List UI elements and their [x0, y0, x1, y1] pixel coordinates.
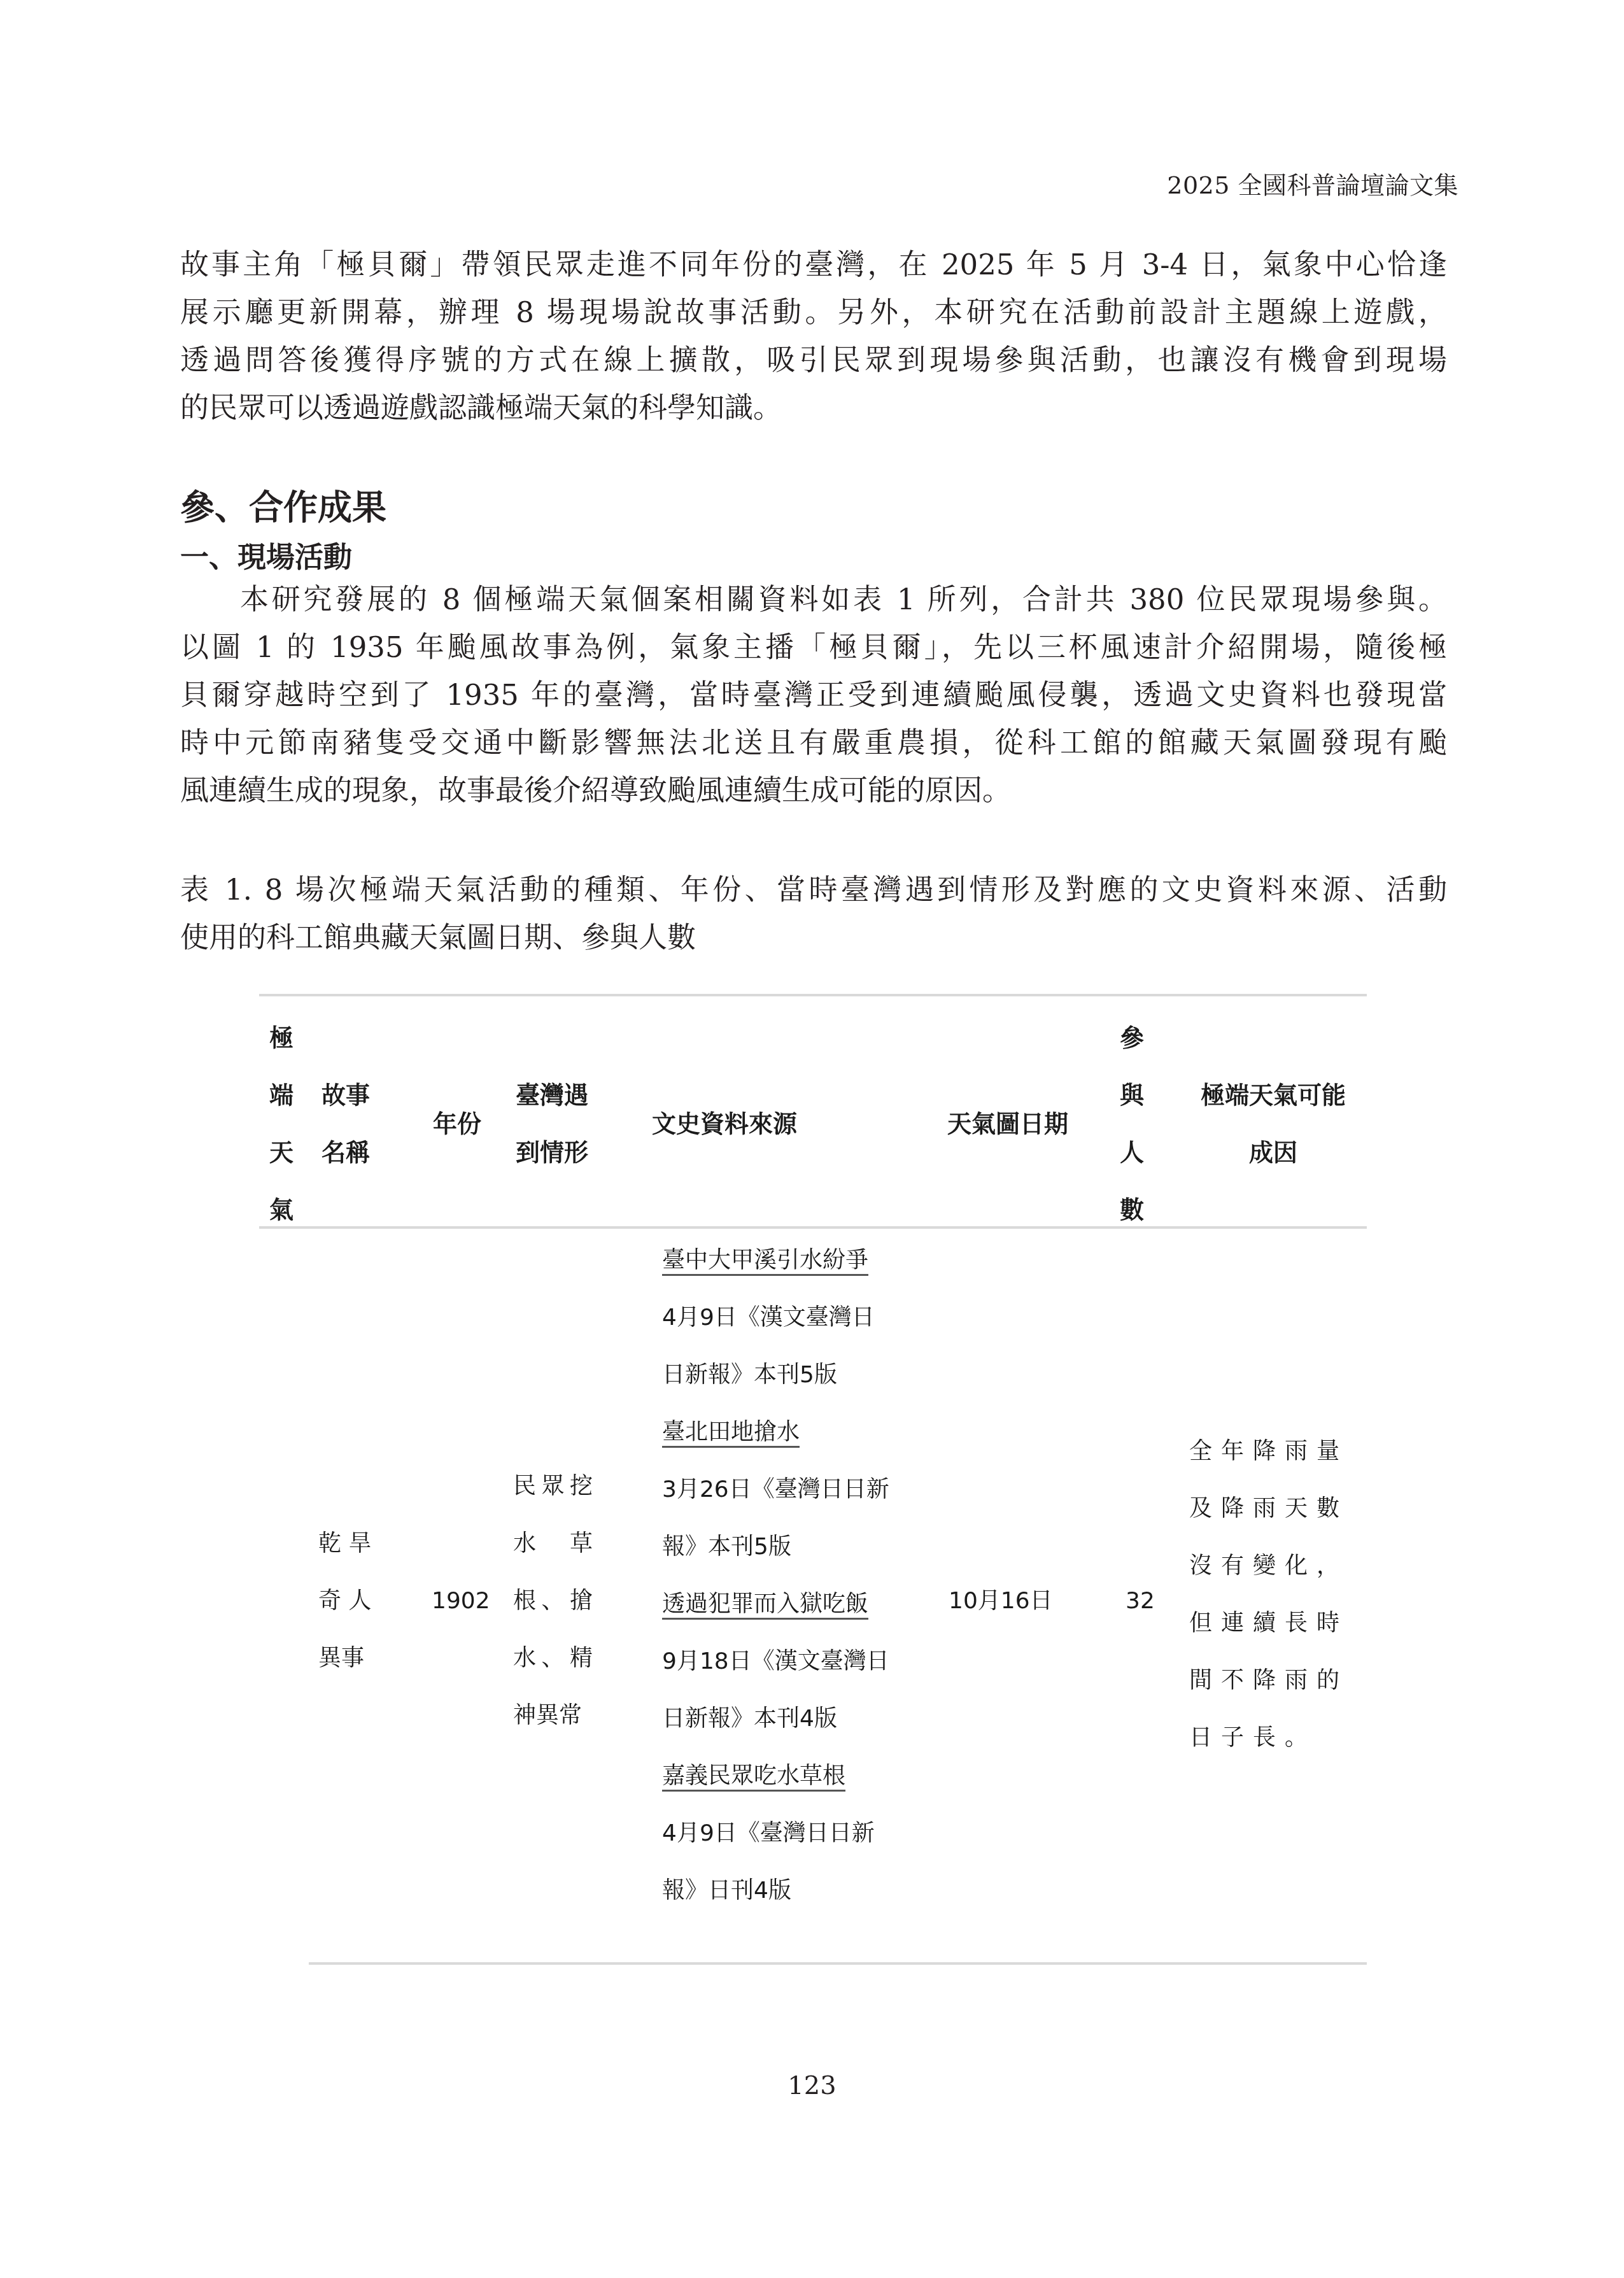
cell-participants: 32 — [1126, 1573, 1155, 1630]
source-citation: 報》本刊5版 — [662, 1518, 889, 1576]
text-line: 風連續生成的現象，故事最後介紹導致颱風連續生成可能的原因。 — [180, 767, 1447, 814]
header-year: 年份 — [433, 1095, 481, 1152]
text-line: 貝爾穿越時空到了 1935 年的臺灣，當時臺灣正受到連續颱風侵襲，透過文史資料也… — [180, 671, 1447, 719]
subsection-title: 一、現場活動 — [180, 539, 352, 577]
header-extreme-weather: 極 端 天 氣 — [267, 1009, 295, 1238]
header-map-date: 天氣圖日期 — [947, 1095, 1068, 1152]
caption-line: 表 1. 8 場次極端天氣活動的種類、年份、當時臺灣遇到情形及對應的文史資料來源… — [180, 866, 1447, 914]
header-story-name: 故事 名稱 — [321, 1066, 370, 1181]
table-caption: 表 1. 8 場次極端天氣活動的種類、年份、當時臺灣遇到情形及對應的文史資料來源… — [180, 866, 1447, 961]
cell-story-name: 乾 旱 奇 人 異事 — [318, 1515, 377, 1687]
table-header-rule — [259, 1226, 1367, 1229]
section-title: 參、合作成果 — [180, 485, 386, 530]
cell-cause: 全年降雨量 及降雨天數 沒有變化， 但連續長時 間不降雨的 日子長。 — [1189, 1423, 1348, 1767]
source-citation: 4月9日《臺灣日日新 — [662, 1805, 889, 1862]
source-title: 嘉義民眾吃水草根 — [662, 1748, 889, 1805]
page-number: 123 — [0, 2067, 1624, 2105]
header-cause: 極端天氣可能 成因 — [1197, 1066, 1350, 1181]
source-citation: 4月9日《漢文臺灣日 — [662, 1289, 889, 1347]
source-citation: 報》日刊4版 — [662, 1862, 889, 1920]
table-bottom-rule — [309, 1962, 1367, 1965]
text-line: 的民眾可以透過遊戲認識極端天氣的科學知識。 — [180, 384, 1447, 432]
source-citation: 3月26日《臺灣日日新 — [662, 1461, 889, 1518]
caption-line: 使用的科工館典藏天氣圖日期、參與人數 — [180, 914, 1447, 961]
cell-situation: 民眾挖 水草 根、搶 水、精 神異常 — [513, 1458, 593, 1744]
header-sources: 文史資料來源 — [652, 1095, 797, 1152]
header-participants: 參 與 人 數 — [1118, 1009, 1146, 1238]
source-citation: 日新報》本刊4版 — [662, 1690, 889, 1748]
source-title: 臺北田地搶水 — [662, 1404, 889, 1461]
source-title: 透過犯罪而入獄吃飯 — [662, 1576, 889, 1633]
text-line: 透過問答後獲得序號的方式在線上擴散，吸引民眾到現場參與活動，也讓沒有機會到現場 — [180, 336, 1447, 384]
cell-year: 1902 — [432, 1573, 490, 1630]
text-line: 故事主角「極貝爾」帶領民眾走進不同年份的臺灣，在 2025 年 5 月 3-4 … — [180, 241, 1447, 288]
text-line: 時中元節南豬隻受交通中斷影響無法北送且有嚴重農損，從科工館的館藏天氣圖發現有颱 — [180, 719, 1447, 767]
source-citation: 9月18日《漢文臺灣日 — [662, 1633, 889, 1690]
source-title: 臺中大甲溪引水紛爭 — [662, 1232, 889, 1289]
source-citation: 日新報》本刊5版 — [662, 1347, 889, 1404]
table-top-rule — [259, 994, 1367, 996]
text-line: 展示廳更新開幕，辦理 8 場現場說故事活動。另外，本研究在活動前設計主題線上遊戲… — [180, 288, 1447, 336]
cell-map-date: 10月16日 — [949, 1573, 1053, 1630]
cell-sources: 臺中大甲溪引水紛爭 4月9日《漢文臺灣日 日新報》本刊5版 臺北田地搶水 3月2… — [662, 1232, 889, 1920]
running-header: 2025 全國科普論壇論文集 — [1167, 169, 1458, 201]
text-line: 本研究發展的 8 個極端天氣個案相關資料如表 1 所列，合計共 380 位民眾現… — [180, 576, 1447, 623]
intro-paragraph: 故事主角「極貝爾」帶領民眾走進不同年份的臺灣，在 2025 年 5 月 3-4 … — [180, 241, 1447, 432]
header-situation: 臺灣遇 到情形 — [516, 1066, 588, 1181]
activity-paragraph: 本研究發展的 8 個極端天氣個案相關資料如表 1 所列，合計共 380 位民眾現… — [180, 576, 1447, 814]
text-line: 以圖 1 的 1935 年颱風故事為例，氣象主播「極貝爾」，先以三杯風速計介紹開… — [180, 623, 1447, 671]
